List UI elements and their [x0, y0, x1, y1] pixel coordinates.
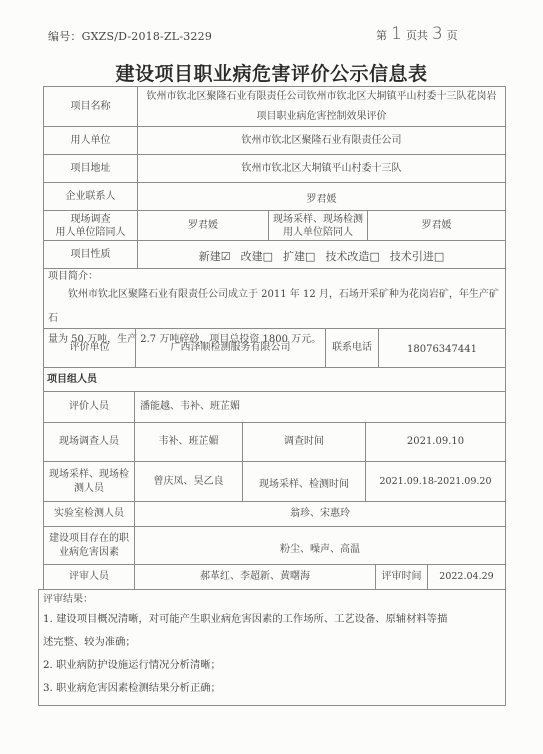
sampling-staff-value: 曾庆凤、昊乙良 [134, 461, 243, 502]
lab-staff-value: 翁珍、宋惠玲 [134, 501, 506, 527]
project-intro: 项目简介： 钦州市钦北区聚隆石业有限责任公司成立于 2011 年 12 月，石场… [43, 268, 506, 329]
nature-label: 项目性质 [43, 240, 138, 269]
survey-companion-label: 现场调查 用人单位陪同人 [43, 210, 138, 241]
nature-option-expand[interactable]: 扩建□ [283, 250, 315, 264]
survey-time-value: 2021.09.10 [365, 422, 506, 462]
address-label: 项目地址 [43, 154, 138, 183]
review-item-1-line2: 述完整、较为准确； [43, 631, 501, 654]
hazards-label: 建设项目存在的职 业病危害因素 [43, 526, 135, 565]
page-number: 第 1 页共 3 页 [376, 27, 458, 43]
review-item-3: 3. 职业病危害因素检测结果分析正确； [43, 677, 501, 700]
page-total: 3 [432, 29, 443, 40]
nature-option-label: 新建 [199, 250, 221, 263]
survey-staff-label: 现场调查人员 [43, 422, 135, 462]
sampling-companion-label-line2: 用人单位陪同人 [283, 226, 353, 239]
sampling-time-label: 现场采样、检测时间 [242, 461, 366, 502]
review-result: 评审结果： 1. 建设项目概况清晰，对可能产生职业病危害因素的工作场所、工艺设备… [38, 589, 506, 706]
evaluators-value: 潘能越、韦补、班芷媚 [134, 391, 506, 423]
hazards-value: 粉尘、噪声、高温 [134, 526, 506, 565]
team-section-label: 项目组人员 [43, 367, 506, 392]
survey-companion-value: 罗君媛 [137, 210, 269, 241]
sampling-staff-label-line2: 测人员 [74, 482, 104, 496]
document-number-label: 编号： [48, 30, 82, 43]
review-item-2: 2. 职业病防护设施运行情况分析清晰； [43, 654, 501, 677]
page-middle: 页共 [406, 27, 428, 43]
nature-options: 新建☑ 改建□ 扩建□ 技术改造□ 技术引进□ [137, 240, 506, 269]
employer-value: 钦州市钦北区聚隆石业有限责任公司 [137, 126, 506, 155]
nature-option-tech-import[interactable]: 技术引进□ [390, 250, 444, 264]
checkbox-icon[interactable]: □ [434, 250, 444, 263]
sampling-time-value: 2021.09.18-2021.09.20 [365, 461, 506, 502]
page-current: 1 [391, 29, 402, 40]
nature-option-label: 扩建 [283, 250, 305, 263]
phone-label: 联系电话 [325, 328, 379, 368]
review-time-value: 2022.04.29 [427, 564, 506, 590]
nature-option-label: 改建 [241, 250, 263, 263]
address-value: 钦州市钦北区大垌镇平山村委十三队 [137, 154, 506, 183]
hazards-label-line1: 建设项目存在的职 [49, 532, 129, 546]
project-name-label: 项目名称 [43, 86, 138, 127]
nature-option-label: 技术引进 [390, 250, 434, 263]
project-intro-label: 项目简介： [48, 269, 501, 283]
project-intro-line1: 钦州市钦北区聚隆石业有限责任公司成立于 2011 年 12 月，石场开采矿种为花… [48, 283, 501, 331]
checkbox-checked-icon[interactable]: ☑ [221, 250, 231, 263]
sampling-companion-label-line1: 现场采样、现场检测 [273, 213, 363, 226]
evaluator-unit-label: 评价单位 [43, 328, 136, 368]
sampling-staff-label-line1: 现场采样、现场检 [49, 468, 129, 482]
sampling-companion-label: 现场采样、现场检测 用人单位陪同人 [268, 210, 368, 241]
survey-staff-value: 韦补、班芷媚 [134, 422, 243, 462]
document-number-value: GXZS/D-2018-ZL-3229 [82, 30, 212, 43]
employer-label: 用人单位 [43, 126, 138, 155]
sampling-companion-value: 罗君媛 [367, 210, 506, 241]
survey-time-label: 调查时间 [242, 422, 366, 462]
sampling-staff-label: 现场采样、现场检 测人员 [43, 461, 135, 502]
checkbox-icon[interactable]: □ [263, 250, 273, 263]
review-result-label: 评审结果： [43, 592, 501, 608]
hazards-label-line2: 业病危害因素 [59, 546, 119, 560]
review-item-1-line1: 1. 建设项目概况清晰，对可能产生职业病危害因素的工作场所、工艺设备、原辅材料等… [43, 608, 501, 631]
nature-option-new[interactable]: 新建☑ [199, 250, 231, 264]
project-name-value: 钦州市钦北区聚隆石业有限责任公司钦州市钦北区大垌镇平山村委十三队花岗岩 项目职业… [137, 86, 506, 127]
phone-value: 18076347441 [378, 328, 506, 368]
document-number: 编号：GXZS/D-2018-ZL-3229 [48, 28, 212, 44]
survey-companion-label-line1: 现场调查 [71, 213, 111, 226]
nature-option-tech-upgrade[interactable]: 技术改造□ [325, 250, 379, 264]
survey-companion-label-line2: 用人单位陪同人 [56, 226, 126, 239]
evaluators-label: 评价人员 [43, 391, 135, 423]
reviewers-value: 郝革红、李超新、黄曙海 [134, 564, 376, 590]
review-time-label: 评审时间 [375, 564, 428, 590]
checkbox-icon[interactable]: □ [369, 250, 379, 263]
page-suffix: 页 [447, 27, 458, 43]
contact-label: 企业联系人 [43, 182, 138, 211]
reviewers-label: 评审人员 [43, 564, 135, 590]
nature-option-label: 技术改造 [325, 250, 369, 263]
project-name-line1: 钦州市钦北区聚隆石业有限责任公司钦州市钦北区大垌镇平山村委十三队花岗岩 [147, 87, 497, 107]
nature-option-rebuild[interactable]: 改建□ [241, 250, 273, 264]
contact-value: 罗君媛 [137, 182, 506, 211]
page-prefix: 第 [376, 27, 387, 43]
evaluator-unit-value: 广西泽顺检测服务有限公司 [135, 328, 326, 368]
lab-staff-label: 实验室检测人员 [43, 501, 135, 527]
page-title: 建设项目职业病危害评价公示信息表 [0, 59, 543, 86]
checkbox-icon[interactable]: □ [305, 250, 315, 263]
project-name-line2: 项目职业病危害控制效果评价 [257, 107, 387, 127]
